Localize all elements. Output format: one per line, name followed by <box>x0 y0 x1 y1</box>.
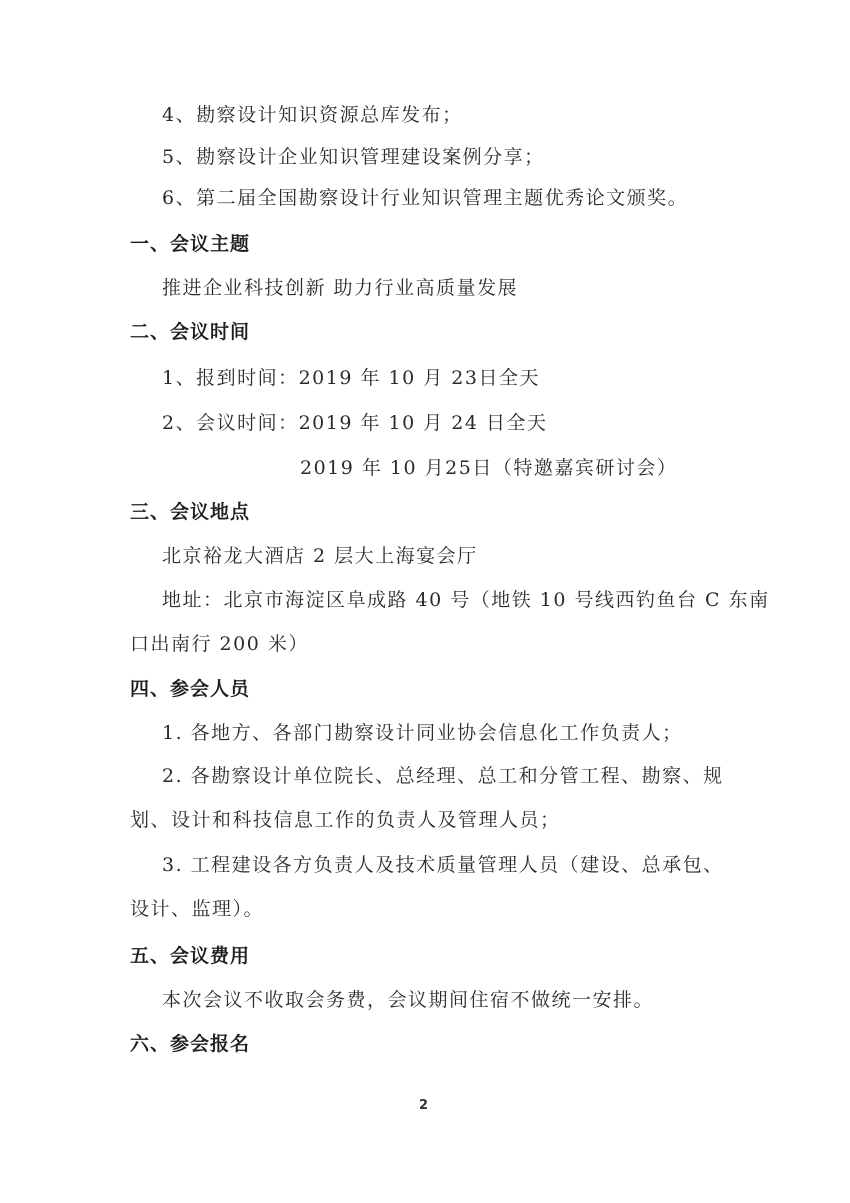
section-heading-registration: 六、参会报名 <box>130 1032 250 1056</box>
document-page: 4、勘察设计知识资源总库发布； 5、勘察设计企业知识管理建设案例分享； 6、第二… <box>0 0 850 1203</box>
agenda-item-5: 5、勘察设计企业知识管理建设案例分享； <box>162 145 545 169</box>
attendee-item-2-line2: 划、设计和科技信息工作的负责人及管理人员； <box>130 808 561 832</box>
venue-address-line2: 口出南行 200 米） <box>130 632 309 656</box>
venue-address-line1: 地址：北京市海淀区阜成路 40 号（地铁 10 号线西钓鱼台 C 东南 <box>162 588 770 612</box>
venue-name: 北京裕龙大酒店 2 层大上海宴会厅 <box>162 544 478 568</box>
theme-text: 推进企业科技创新 助力行业高质量发展 <box>162 276 518 300</box>
attendee-item-3-line1: 3. 工程建设各方负责人及技术质量管理人员（建设、总承包、 <box>162 853 724 877</box>
agenda-item-4: 4、勘察设计知识资源总库发布； <box>162 103 463 127</box>
section-heading-time: 二、会议时间 <box>130 320 250 344</box>
attendee-item-3-line2: 设计、监理）。 <box>130 897 264 921</box>
section-heading-theme: 一、会议主题 <box>130 232 250 256</box>
time-item-meeting: 2、会议时间：2019 年 10 月 24 日全天 <box>162 411 548 435</box>
attendee-item-1: 1. 各地方、各部门勘察设计同业协会信息化工作负责人； <box>162 721 683 745</box>
section-heading-venue: 三、会议地点 <box>130 500 250 524</box>
fees-text: 本次会议不收取会务费，会议期间住宿不做统一安排。 <box>162 988 654 1012</box>
page-number: 2 <box>419 1098 428 1113</box>
section-heading-attendees: 四、参会人员 <box>130 677 250 701</box>
time-item-guest-seminar: 2019 年 10 月25日（特邀嘉宾研讨会） <box>300 456 677 480</box>
time-item-registration: 1、报到时间：2019 年 10 月 23日全天 <box>162 366 540 390</box>
agenda-item-6: 6、第二届全国勘察设计行业知识管理主题优秀论文颁奖。 <box>162 186 688 210</box>
section-heading-fees: 五、会议费用 <box>130 944 250 968</box>
attendee-item-2-line1: 2. 各勘察设计单位院长、总经理、总工和分管工程、勘察、规 <box>162 764 724 788</box>
